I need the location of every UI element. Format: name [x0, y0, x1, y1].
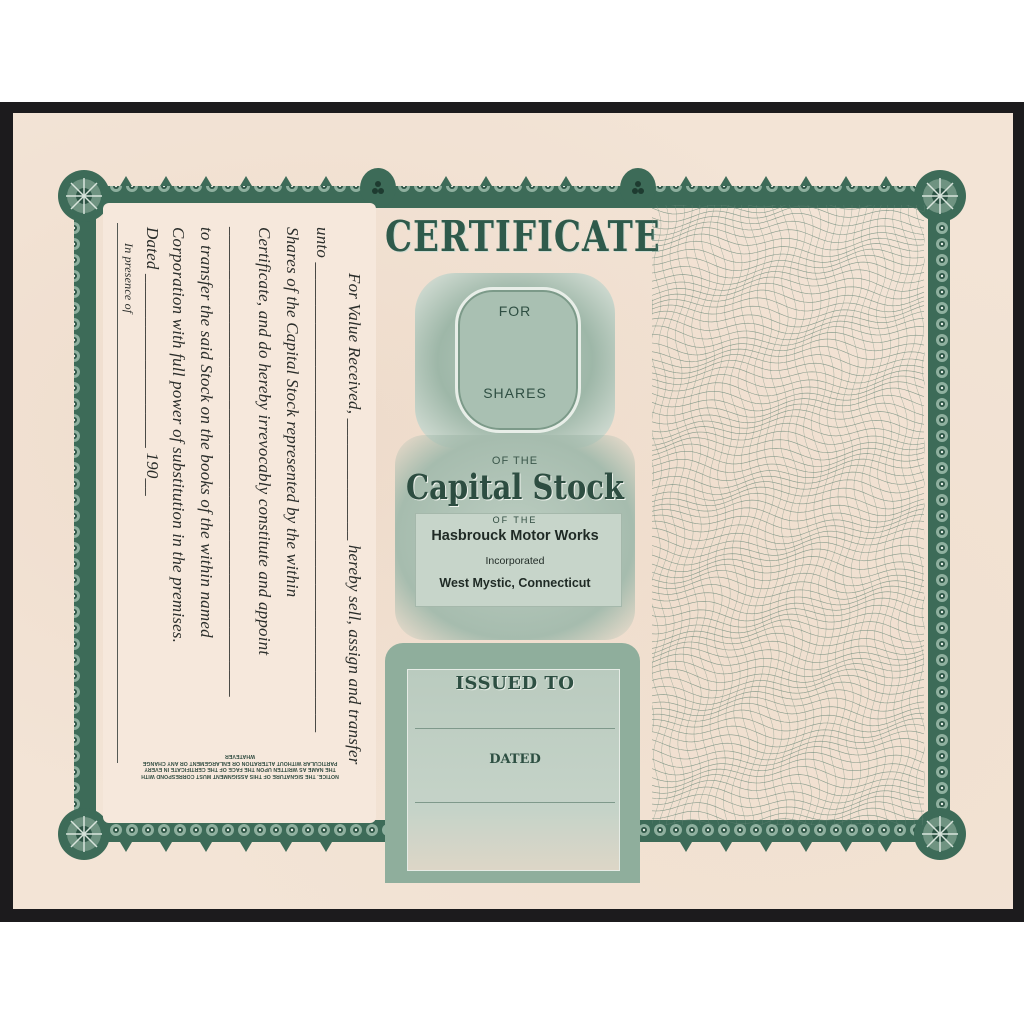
- issue-stub: [407, 669, 620, 871]
- assignment-line-7: Corporation with full power of substitut…: [168, 227, 188, 643]
- assignment-line-6: to transfer the said Stock on the books …: [196, 227, 216, 638]
- assignment-line-3: Shares of the Capital Stock represented …: [282, 227, 302, 597]
- assignment-line-2: unto ___________________________________…: [312, 227, 332, 732]
- guilloche-pattern: [652, 205, 925, 825]
- dated-line: [415, 802, 615, 803]
- of-the-label-2: OF THE: [385, 515, 645, 525]
- assignment-text-block: For Value Received, ______________ hereb…: [103, 203, 376, 823]
- of-the-label: OF THE: [385, 455, 645, 467]
- assignment-line-5: ________________________________________…: [226, 227, 246, 697]
- shares-label: SHARES: [385, 385, 645, 401]
- dated-label: DATED: [385, 752, 645, 767]
- assignment-presence-label: In presence of: [121, 243, 136, 313]
- signature-line: [117, 223, 118, 763]
- company-name: Hasbrouck Motor Works: [385, 528, 645, 544]
- issued-to-line: [415, 728, 615, 729]
- assignment-line-1: For Value Received, ______________ hereb…: [344, 273, 364, 765]
- assignment-notice: NOTICE. THE SIGNATURE OF THIS ASSIGNMENT…: [140, 753, 340, 779]
- assignment-line-4: Certificate, and do hereby irrevocably c…: [254, 227, 274, 655]
- certificate-center-column: CERTIFICATE FOR SHARES OF THE Capital St…: [385, 195, 645, 885]
- certificate-title: CERTIFICATE: [385, 212, 645, 262]
- assignment-dated-line: Dated ____________________ 190__: [142, 227, 162, 496]
- for-label: FOR: [385, 303, 645, 319]
- company-location: West Mystic, Connecticut: [385, 576, 645, 590]
- incorporated-label: Incorporated: [385, 555, 645, 567]
- assignment-panel: For Value Received, ______________ hereb…: [103, 203, 376, 823]
- capital-stock-heading: Capital Stock: [385, 467, 645, 508]
- issued-to-label: ISSUED TO: [385, 673, 645, 694]
